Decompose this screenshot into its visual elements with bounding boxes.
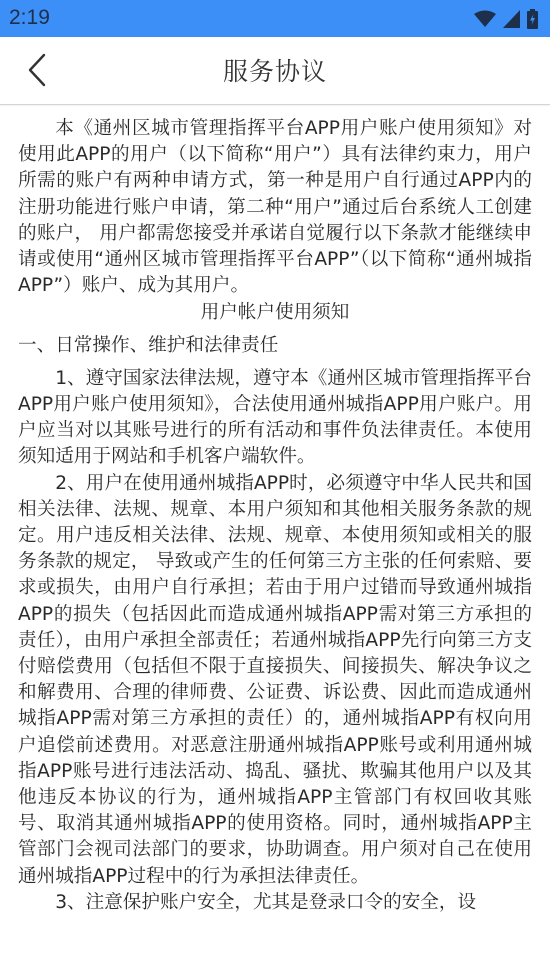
clause-item: 2、用户在使用通州城指APP时，必须遵守中华人民共和国相关法律、法规、规章、本用… [18, 471, 532, 890]
status-bar: 2:19 [0, 0, 550, 37]
intro-paragraph: 本《通州区城市管理指挥平台APP用户账户使用须知》对使用此APP的用户（以下简称… [18, 116, 532, 299]
status-time: 2:19 [9, 6, 50, 30]
status-icons [474, 9, 538, 33]
section-title: 一、日常操作、维护和法律责任 [18, 333, 532, 359]
clause-item: 1、遵守国家法律法规，遵守本《通州区城市管理指挥平台APP用户账户使用须知》，合… [18, 366, 532, 471]
wifi-icon [474, 10, 496, 32]
app-bar: 服务协议 [0, 37, 550, 105]
document-heading: 用户帐户使用须知 [18, 300, 532, 326]
battery-charging-icon [527, 9, 538, 33]
agreement-content[interactable]: 本《通州区城市管理指挥平台APP用户账户使用须知》对使用此APP的用户（以下简称… [18, 116, 532, 916]
clause-item: 3、注意保护账户安全，尤其是登录口令的安全，设 [18, 890, 532, 916]
page-title: 服务协议 [0, 52, 550, 88]
cellular-signal-icon [503, 10, 520, 32]
